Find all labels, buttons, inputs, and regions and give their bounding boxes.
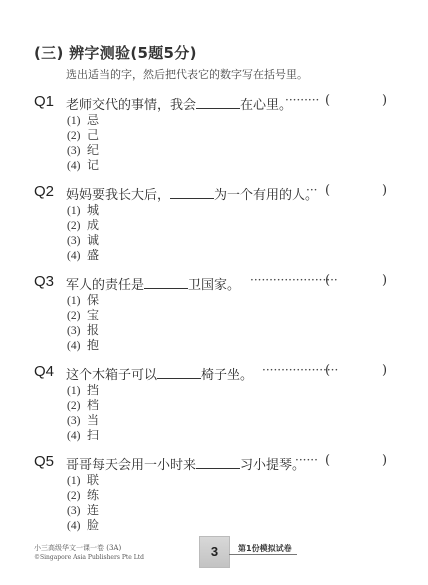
option-4: (4)记 — [67, 158, 99, 173]
question-text: 妈妈要我长大后，为一个有用的人。 — [66, 184, 318, 203]
answer-paren-open[interactable]: ( — [325, 453, 330, 468]
option-number: (1) — [67, 294, 87, 309]
option-char: 报 — [87, 323, 99, 337]
question-text-after: 椅子坐。 — [201, 368, 253, 383]
option-char: 挡 — [87, 383, 99, 397]
option-2: (2)己 — [67, 128, 99, 143]
option-number: (4) — [67, 339, 87, 354]
option-number: (4) — [67, 249, 87, 264]
question-text-before: 妈妈要我长大后， — [66, 188, 170, 203]
answer-paren-close: ) — [382, 93, 387, 108]
question-label: Q2 — [34, 183, 54, 200]
question-label: Q1 — [34, 93, 54, 110]
footer-book-info: 小三高级华文一课一卷 (3A) ©Singapore Asia Publishe… — [34, 543, 144, 563]
answer-paren-close: ) — [382, 273, 387, 288]
option-char: 盛 — [87, 248, 99, 262]
option-2: (2)档 — [67, 398, 99, 413]
option-char: 诚 — [87, 233, 99, 247]
option-2: (2)练 — [67, 488, 99, 503]
option-char: 档 — [87, 398, 99, 412]
option-number: (3) — [67, 144, 87, 159]
question-text: 哥哥每天会用一小时来习小提琴。 — [66, 454, 305, 473]
option-number: (2) — [67, 309, 87, 324]
option-number: (1) — [67, 204, 87, 219]
option-char: 连 — [87, 503, 99, 517]
option-number: (1) — [67, 114, 87, 129]
option-char: 当 — [87, 413, 99, 427]
answer-paren-open[interactable]: ( — [325, 363, 330, 378]
answer-paren-open[interactable]: ( — [325, 183, 330, 198]
question-text: 老师交代的事情，我会在心里。 — [66, 94, 292, 113]
answer-blank — [144, 276, 188, 289]
answer-blank — [170, 186, 214, 199]
option-number: (3) — [67, 234, 87, 249]
options-list: (1)保 (2)宝 (3)报 (4)抱 — [67, 293, 99, 353]
answer-paren-close: ) — [382, 363, 387, 378]
question-text-before: 军人的责任是 — [66, 278, 144, 293]
answer-paren-close: ) — [382, 453, 387, 468]
option-1: (1)城 — [67, 203, 99, 218]
option-char: 宝 — [87, 308, 99, 322]
answer-blank — [196, 96, 240, 109]
option-4: (4)抱 — [67, 338, 99, 353]
leader-dots: ··· — [306, 183, 317, 197]
option-number: (1) — [67, 474, 87, 489]
option-char: 城 — [87, 203, 99, 217]
section-title: (三) 辨字测验(5题5分) — [34, 42, 197, 63]
question-label: Q4 — [34, 363, 54, 380]
answer-paren-close: ) — [382, 183, 387, 198]
option-char: 成 — [87, 218, 99, 232]
option-1: (1)忌 — [67, 113, 99, 128]
option-char: 扫 — [87, 428, 99, 442]
option-char: 联 — [87, 473, 99, 487]
page-number-box: 3 — [199, 536, 230, 568]
option-number: (4) — [67, 159, 87, 174]
option-number: (3) — [67, 504, 87, 519]
option-char: 脸 — [87, 518, 99, 532]
answer-blank — [157, 366, 201, 379]
option-3: (3)当 — [67, 413, 99, 428]
option-3: (3)诚 — [67, 233, 99, 248]
question-text-before: 这个木箱子可以 — [66, 368, 157, 383]
question-label: Q5 — [34, 453, 54, 470]
option-4: (4)扫 — [67, 428, 99, 443]
leader-dots: ······ — [295, 453, 318, 467]
section-instruction: 选出适当的字，然后把代表它的数字写在括号里。 — [66, 66, 308, 82]
question-text-before: 老师交代的事情，我会 — [66, 98, 196, 113]
question-text-after: 卫国家。 — [188, 278, 240, 293]
option-2: (2)成 — [67, 218, 99, 233]
option-char: 纪 — [87, 143, 99, 157]
answer-blank — [196, 456, 240, 469]
answer-paren-open[interactable]: ( — [325, 93, 330, 108]
options-list: (1)挡 (2)档 (3)当 (4)扫 — [67, 383, 99, 443]
option-char: 忌 — [87, 113, 99, 127]
footer-divider — [229, 554, 297, 555]
options-list: (1)联 (2)练 (3)连 (4)脸 — [67, 473, 99, 533]
option-char: 保 — [87, 293, 99, 307]
option-number: (1) — [67, 384, 87, 399]
question-text-after: 为一个有用的人。 — [214, 188, 318, 203]
option-3: (3)纪 — [67, 143, 99, 158]
leader-dots: ········· — [285, 93, 319, 107]
option-4: (4)盛 — [67, 248, 99, 263]
option-3: (3)连 — [67, 503, 99, 518]
option-char: 记 — [87, 158, 99, 172]
footer-book-title: 小三高级华文一课一卷 (3A) — [34, 543, 144, 553]
option-number: (2) — [67, 489, 87, 504]
footer-copyright: ©Singapore Asia Publishers Pte Ltd — [34, 553, 144, 563]
option-char: 己 — [87, 128, 99, 142]
option-number: (3) — [67, 414, 87, 429]
option-number: (4) — [67, 519, 87, 534]
option-3: (3)报 — [67, 323, 99, 338]
option-number: (2) — [67, 219, 87, 234]
option-number: (2) — [67, 399, 87, 414]
option-4: (4)脸 — [67, 518, 99, 533]
option-number: (4) — [67, 429, 87, 444]
options-list: (1)忌 (2)己 (3)纪 (4)记 — [67, 113, 99, 173]
option-char: 抱 — [87, 338, 99, 352]
question-label: Q3 — [34, 273, 54, 290]
option-2: (2)宝 — [67, 308, 99, 323]
question-text: 军人的责任是卫国家。 — [66, 274, 240, 293]
option-1: (1)保 — [67, 293, 99, 308]
option-1: (1)联 — [67, 473, 99, 488]
footer-paper-title: 第1份模拟试卷 — [238, 543, 292, 554]
options-list: (1)城 (2)成 (3)诚 (4)盛 — [67, 203, 99, 263]
answer-paren-open[interactable]: ( — [325, 273, 330, 288]
question-text: 这个木箱子可以椅子坐。 — [66, 364, 253, 383]
question-text-before: 哥哥每天会用一小时来 — [66, 458, 196, 473]
option-number: (2) — [67, 129, 87, 144]
option-number: (3) — [67, 324, 87, 339]
option-1: (1)挡 — [67, 383, 99, 398]
option-char: 练 — [87, 488, 99, 502]
